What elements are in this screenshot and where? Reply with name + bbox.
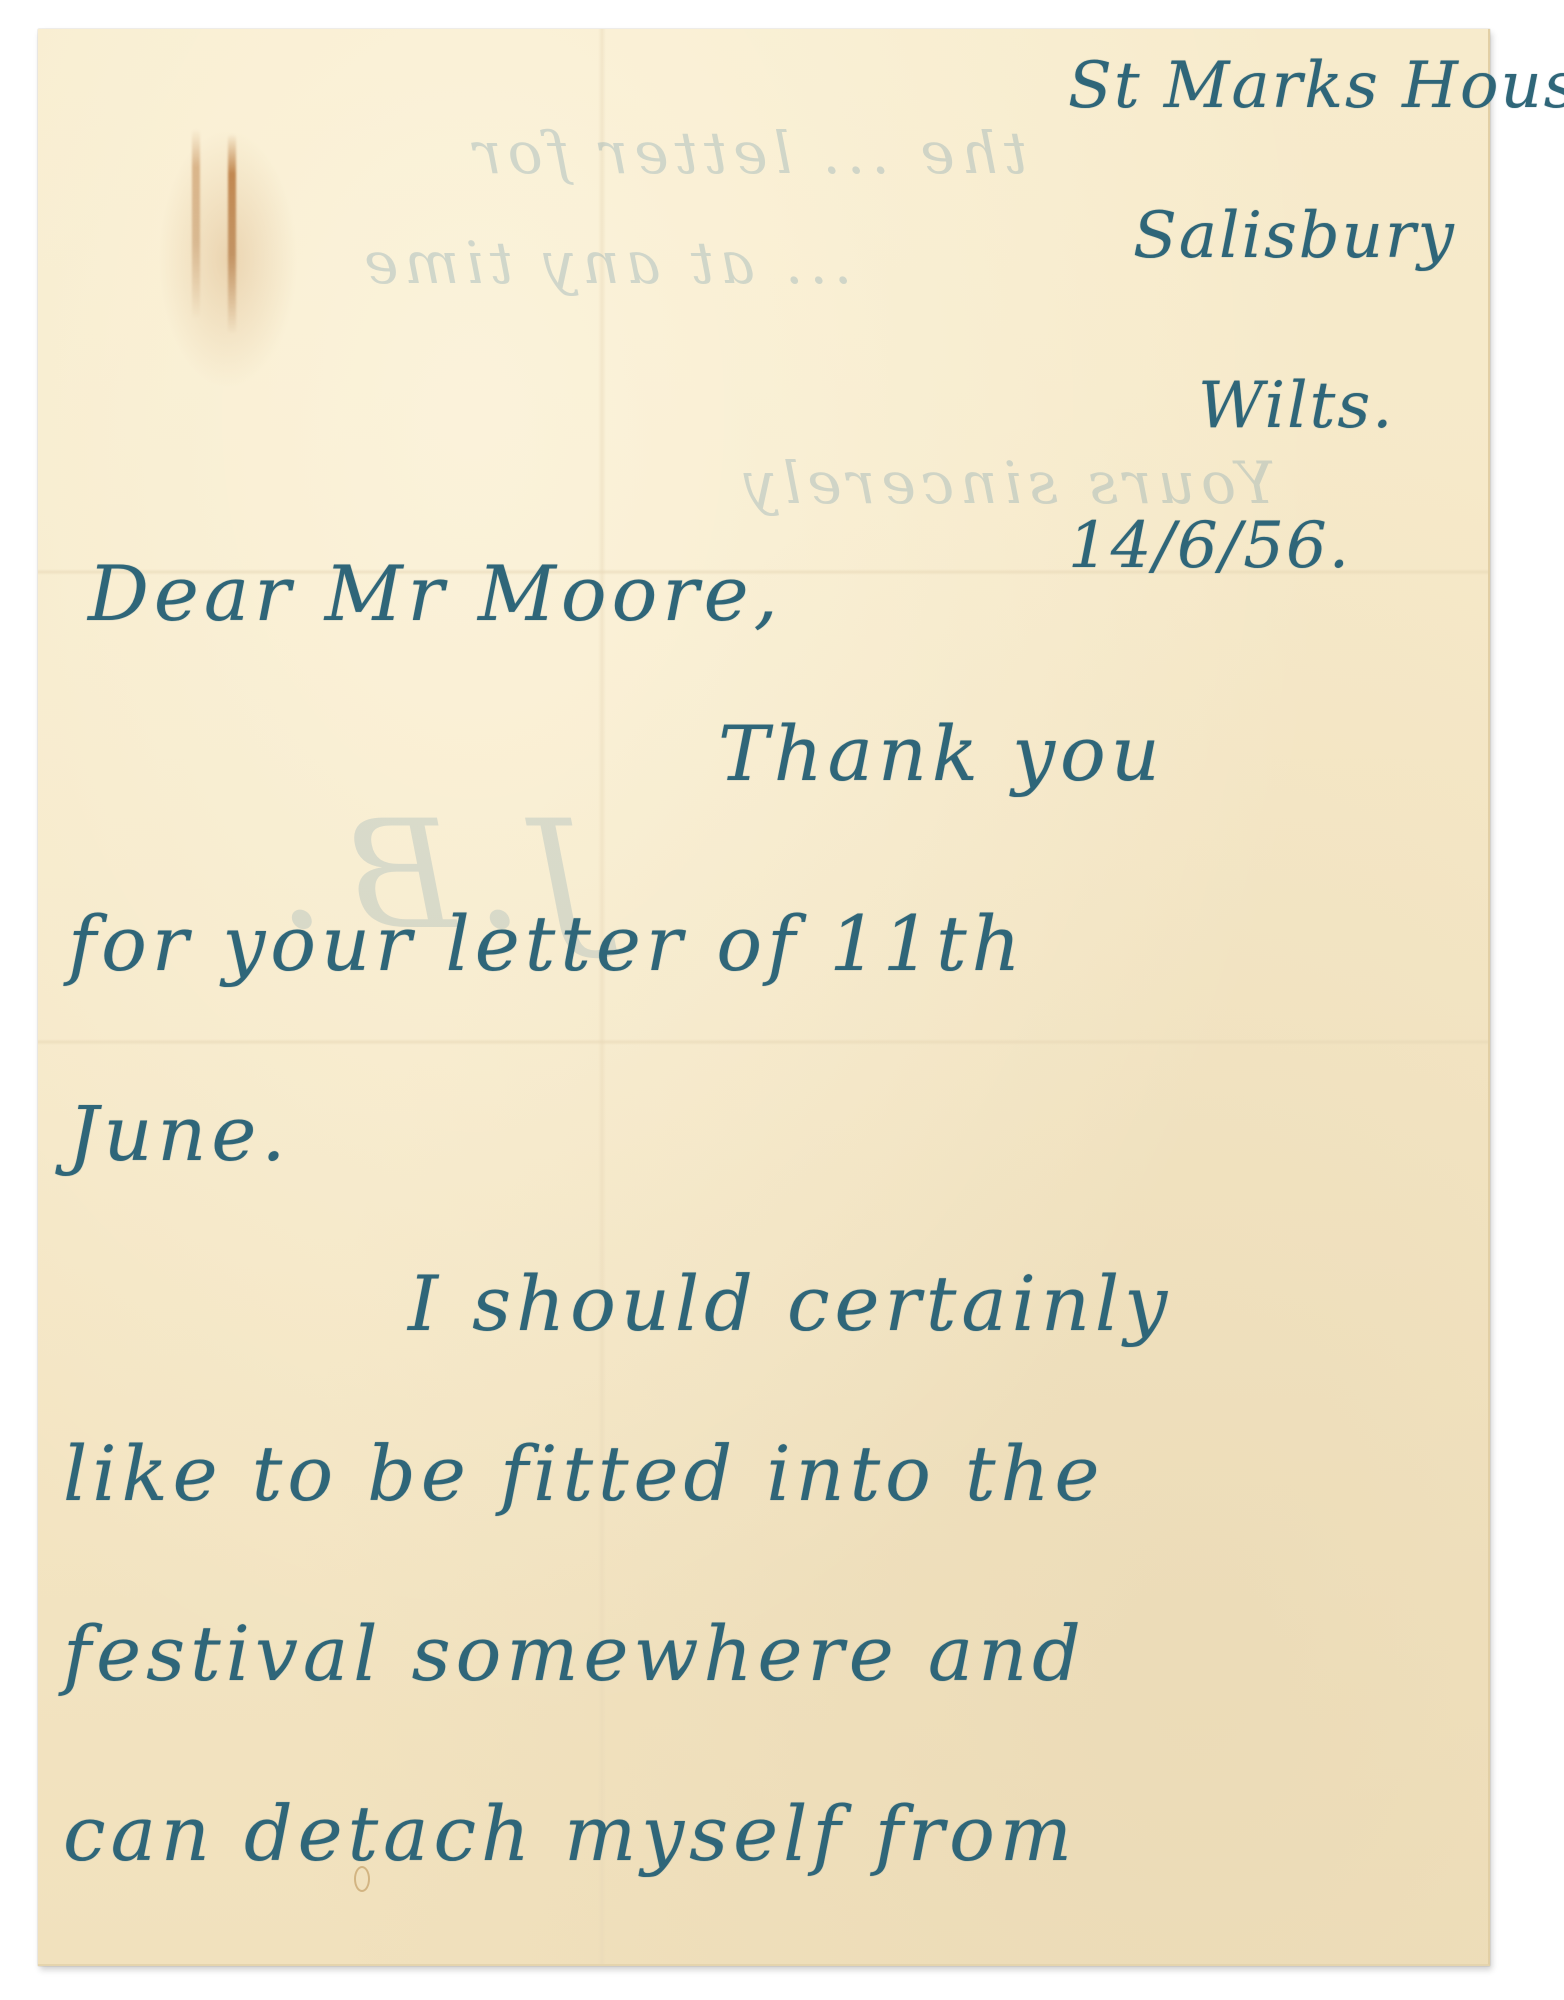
rust-stain (228, 134, 236, 334)
body-line: can detach myself from (63, 1789, 1077, 1878)
bleed-through-text: Yours sincerely (738, 449, 1275, 517)
body-line: like to be fitted into the (63, 1429, 1105, 1518)
body-line: for your letter of 11th (68, 899, 1026, 988)
letter-sheet: the ... letter for ... at any time Yours… (38, 29, 1490, 1966)
paper-spot (354, 1866, 370, 1892)
letter-date: 14/6/56. (1068, 509, 1351, 583)
rust-stain (192, 129, 200, 319)
salutation: Dear Mr Moore, (88, 549, 783, 638)
body-line: June. (68, 1089, 291, 1178)
address-line-2: Salisbury (1133, 199, 1456, 273)
address-line-1: St Marks House (1068, 49, 1564, 123)
bleed-through-text: the ... letter for (468, 119, 1027, 187)
body-line: Thank you (718, 709, 1165, 798)
body-line: festival somewhere and (63, 1609, 1086, 1698)
address-line-3: Wilts. (1198, 369, 1395, 443)
bleed-through-text: ... at any time (358, 229, 852, 297)
body-line: I should certainly (408, 1259, 1172, 1348)
paper-fold-line (38, 1039, 1488, 1045)
